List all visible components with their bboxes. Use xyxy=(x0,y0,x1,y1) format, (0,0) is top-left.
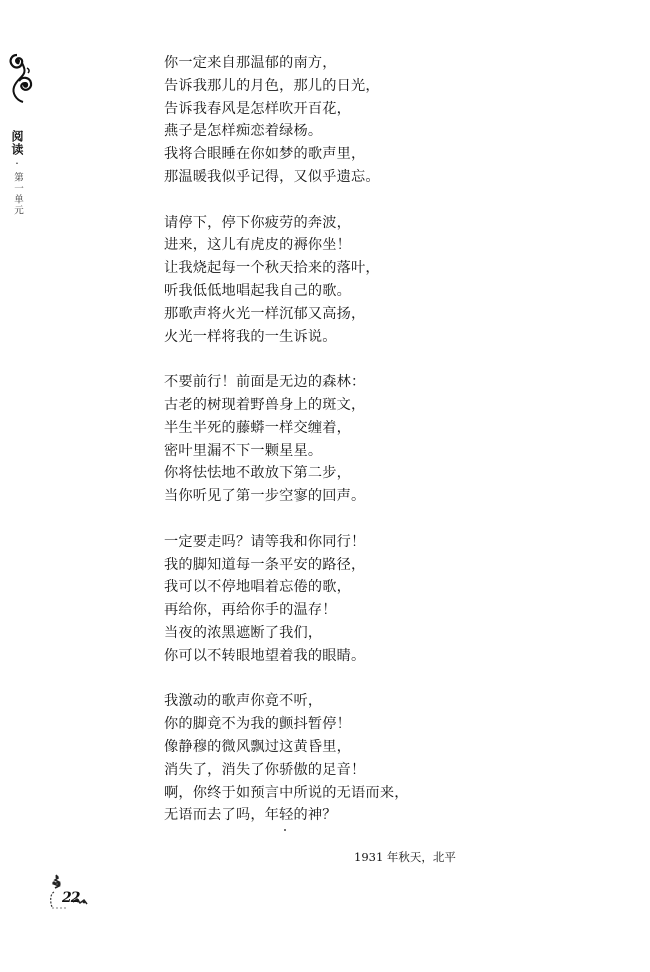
poem-body: 你一定来自那温郁的南方， 告诉我那儿的月色，那儿的日光， 告诉我春风是怎样吹开百… xyxy=(164,52,464,850)
poem-line: 当夜的浓黑遮断了我们， xyxy=(164,622,464,645)
scroll-flourish-icon xyxy=(8,51,36,105)
poem-line: 不要前行！前面是无边的森林： xyxy=(164,371,464,394)
poem-line: 密叶里漏不下一颗星星。 xyxy=(164,440,464,463)
stanza-2: 请停下，停下你疲劳的奔波， 进来，这儿有虎皮的褥你坐！ 让我烧起每一个秋天拾来的… xyxy=(164,212,464,349)
poem-line: 告诉我那儿的月色，那儿的日光， xyxy=(164,75,464,98)
stanza-5: 我激动的歌声你竟不听， 你的脚竟不为我的颤抖暂停！ 像静穆的微风飘过这黄昏里， … xyxy=(164,690,464,827)
poem-line: 半生半死的藤蟒一样交缠着， xyxy=(164,417,464,440)
poem-line: 我将合眼睡在你如梦的歌声里， xyxy=(164,143,464,166)
poem-line: 你可以不转眼地望着我的眼睛。 xyxy=(164,645,464,668)
poem-line: 让我烧起每一个秋天拾来的落叶， xyxy=(164,257,464,280)
print-speck xyxy=(284,829,286,831)
poem-line: 我的脚知道每一条平安的路径， xyxy=(164,554,464,577)
poem-line: 燕子是怎样痴恋着绿杨。 xyxy=(164,120,464,143)
poem-line: 我可以不停地唱着忘倦的歌， xyxy=(164,576,464,599)
label-separator: · xyxy=(15,158,19,170)
stanza-3: 不要前行！前面是无边的森林： 古老的树现着野兽身上的斑文， 半生半死的藤蟒一样交… xyxy=(164,371,464,508)
poem-line: 你一定来自那温郁的南方， xyxy=(164,52,464,75)
poem-line: 火光一样将我的一生诉说。 xyxy=(164,326,464,349)
poem-signature: 1931 年秋天，北平 xyxy=(354,849,456,865)
section-label: 阅读 xyxy=(10,130,24,156)
poem-line: 无语而去了吗，年轻的神？ xyxy=(164,804,464,827)
poem-line: 我激动的歌声你竟不听， xyxy=(164,690,464,713)
poem-line: 请停下，停下你疲劳的奔波， xyxy=(164,212,464,235)
poem-line: 像静穆的微风飘过这黄昏里， xyxy=(164,736,464,759)
poem-line: 再给你，再给你手的温存！ xyxy=(164,599,464,622)
page-number-block: 22 xyxy=(40,872,92,912)
poem-line: 那温暖我似乎记得，又似乎遗忘。 xyxy=(164,166,464,189)
poem-line: 听我低低地唱起我自己的歌。 xyxy=(164,280,464,303)
poem-line: 消失了，消失了你骄傲的足音！ xyxy=(164,759,464,782)
section-side-label: 阅读 · 第一单元 xyxy=(9,130,25,216)
stanza-1: 你一定来自那温郁的南方， 告诉我那儿的月色，那儿的日光， 告诉我春风是怎样吹开百… xyxy=(164,52,464,189)
poem-line: 古老的树现着野兽身上的斑文， xyxy=(164,394,464,417)
poem-line: 你的脚竟不为我的颤抖暂停！ xyxy=(164,713,464,736)
poem-line: 告诉我春风是怎样吹开百花， xyxy=(164,98,464,121)
page-number: 22 xyxy=(62,890,79,906)
stanza-4: 一定要走吗？请等我和你同行！ 我的脚知道每一条平安的路径， 我可以不停地唱着忘倦… xyxy=(164,531,464,668)
unit-label: 第一单元 xyxy=(11,172,23,216)
poem-line: 那歌声将火光一样沉郁又高扬， xyxy=(164,303,464,326)
poem-line: 一定要走吗？请等我和你同行！ xyxy=(164,531,464,554)
poem-line: 啊，你终于如预言中所说的无语而来， xyxy=(164,782,464,805)
poem-line: 进来，这儿有虎皮的褥你坐！ xyxy=(164,234,464,257)
poem-line: 当你听见了第一步空寥的回声。 xyxy=(164,485,464,508)
poem-line: 你将怯怯地不敢放下第二步， xyxy=(164,462,464,485)
